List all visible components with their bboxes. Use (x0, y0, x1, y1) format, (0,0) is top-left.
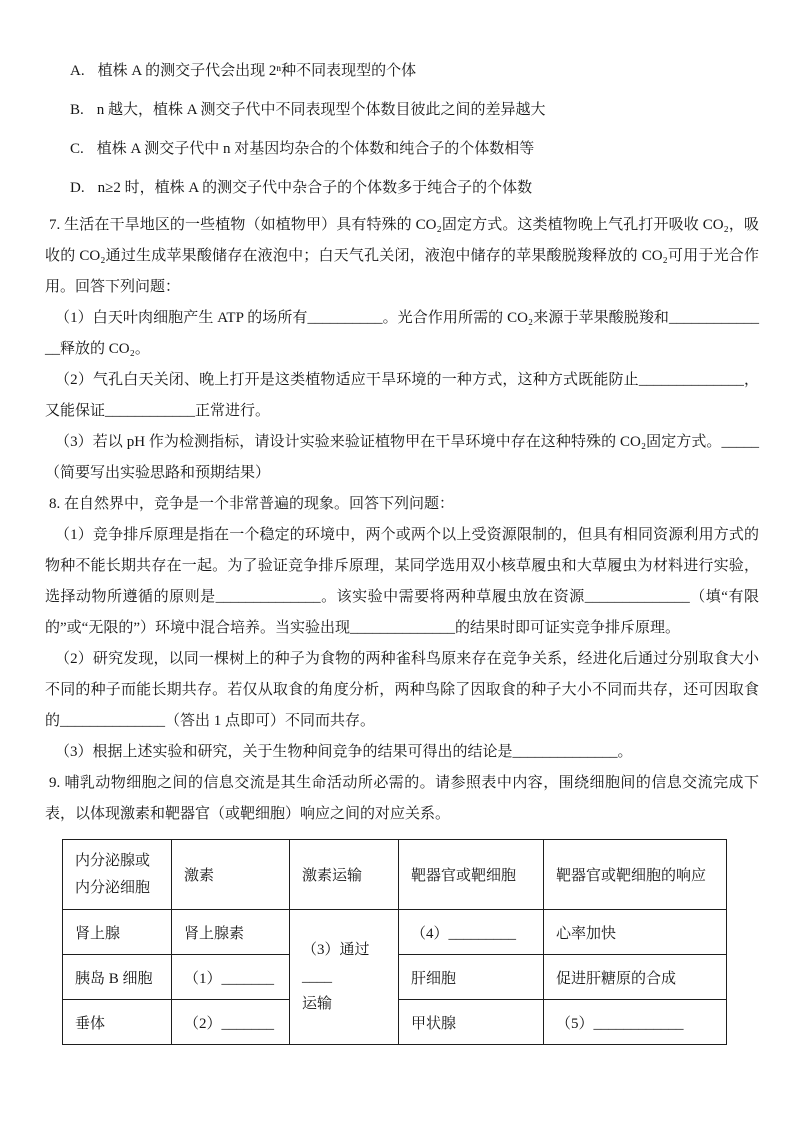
cell-response-blank-5: （5）____________ (544, 1000, 727, 1045)
question-8-part-1: （1）竞争排斥原理是指在一个稳定的环境中，两个或两个以上受资源限制的，但具有相同… (45, 520, 759, 644)
question-8-part-3: （3）根据上述实验和研究，关于生物种间竞争的结果可得出的结论是_________… (45, 737, 759, 768)
cell-liver-cells: 肝细胞 (399, 955, 544, 1000)
header-target-response: 靶器官或靶细胞的响应 (544, 840, 727, 910)
cell-adrenaline: 肾上腺素 (172, 910, 290, 955)
table-row-adrenal: 肾上腺 肾上腺素 （3）通过____ 运输 （4）_________ 心率加快 (63, 910, 727, 955)
cell-heart-rate-response: 心率加快 (544, 910, 727, 955)
option-d-label: D. (70, 169, 85, 208)
option-a-label: A. (70, 52, 85, 91)
multiple-choice-options: A.植株 A 的测交子代会出现 2ⁿ种不同表现型的个体 B.n 越大，植株 A … (45, 52, 759, 208)
header-hormone: 激素 (172, 840, 290, 910)
option-b: B.n 越大，植株 A 测交子代中不同表现型个体数目彼此之间的差异越大 (45, 91, 759, 130)
question-7-stem: 7. 生活在干旱地区的一些植物（如植物甲）具有特殊的 CO₂固定方式。这类植物晚… (45, 210, 759, 303)
hormone-response-table: 内分泌腺或 内分泌细胞 激素 激素运输 靶器官或靶细胞 靶器官或靶细胞的响应 肾… (62, 839, 727, 1045)
question-8-part-2: （2）研究发现，以同一棵树上的种子为食物的两种雀科鸟原来存在竞争关系，经进化后通… (45, 644, 759, 737)
option-c: C.植株 A 测交子代中 n 对基因均杂合的个体数和纯合子的个体数相等 (45, 130, 759, 169)
exam-page: A.植株 A 的测交子代会出现 2ⁿ种不同表现型的个体 B.n 越大，植株 A … (0, 0, 793, 1122)
option-a-text: 植株 A 的测交子代会出现 2ⁿ种不同表现型的个体 (98, 63, 416, 79)
table-header-row: 内分泌腺或 内分泌细胞 激素 激素运输 靶器官或靶细胞 靶器官或靶细胞的响应 (63, 840, 727, 910)
option-c-label: C. (70, 130, 84, 169)
cell-adrenal-gland: 肾上腺 (63, 910, 172, 955)
cell-transport-blank-3: （3）通过____ 运输 (290, 910, 399, 1045)
cell-pituitary: 垂体 (63, 1000, 172, 1045)
cell-hormone-blank-2: （2）_______ (172, 1000, 290, 1045)
cell-hormone-blank-1: （1）_______ (172, 955, 290, 1000)
option-d-text: n≥2 时，植株 A 的测交子代中杂合子的个体数多于纯合子的个体数 (98, 180, 533, 196)
cell-glycogen-response: 促进肝糖原的合成 (544, 955, 727, 1000)
question-7-part-1: （1）白天叶肉细胞产生 ATP 的场所有__________。光合作用所需的 C… (45, 303, 759, 365)
option-d: D.n≥2 时，植株 A 的测交子代中杂合子的个体数多于纯合子的个体数 (45, 169, 759, 208)
option-b-text: n 越大，植株 A 测交子代中不同表现型个体数目彼此之间的差异越大 (97, 102, 546, 118)
question-7-part-2: （2）气孔白天关闭、晚上打开是这类植物适应干旱环境的一种方式，这种方式既能防止_… (45, 365, 759, 427)
header-target-organ-or-cell: 靶器官或靶细胞 (399, 840, 544, 910)
question-7-part-3: （3）若以 pH 作为检测指标，请设计实验来验证植物甲在干旱环境中存在这种特殊的… (45, 427, 759, 489)
question-9-stem: 9. 哺乳动物细胞之间的信息交流是其生命活动所必需的。请参照表中内容，围绕细胞间… (45, 768, 759, 830)
cell-target-blank-4: （4）_________ (399, 910, 544, 955)
header-hormone-transport: 激素运输 (290, 840, 399, 910)
header-endocrine-gland-or-cell: 内分泌腺或 内分泌细胞 (63, 840, 172, 910)
option-b-label: B. (70, 91, 84, 130)
option-a: A.植株 A 的测交子代会出现 2ⁿ种不同表现型的个体 (45, 52, 759, 91)
cell-islet-b-cells: 胰岛 B 细胞 (63, 955, 172, 1000)
option-c-text: 植株 A 测交子代中 n 对基因均杂合的个体数和纯合子的个体数相等 (97, 141, 535, 157)
cell-thyroid: 甲状腺 (399, 1000, 544, 1045)
question-8-stem: 8. 在自然界中，竞争是一个非常普遍的现象。回答下列问题： (45, 489, 759, 520)
